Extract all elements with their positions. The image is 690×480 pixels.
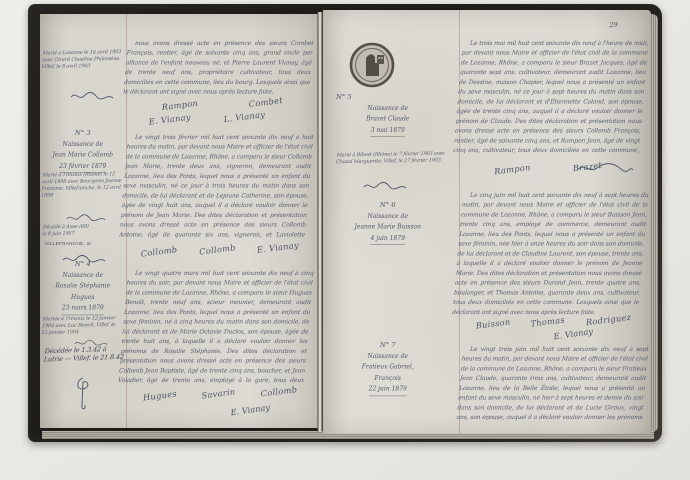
act-number: N° 3: [43, 128, 123, 139]
folio-page-number: 29: [609, 21, 618, 29]
act2-closing-text: nous avons dressé acte en présence des s…: [123, 38, 314, 97]
signature: Collomb: [260, 385, 298, 399]
act-number: N° 7: [333, 340, 443, 351]
child-name: François: [375, 374, 401, 381]
signature: Collomb: [199, 243, 237, 257]
margin-heading-act3: N° 3 Naissance de Jean Marie Collomb 23 …: [43, 128, 123, 173]
signature-flourish: [363, 180, 407, 192]
signature-flourish: [70, 90, 114, 102]
signature: Rampon: [161, 98, 198, 112]
birth-label: Naissance de: [367, 352, 408, 359]
signature: E. Vianay: [230, 402, 271, 417]
death-note-line: le 8 juin 1957: [42, 230, 75, 237]
signature-flourish: [575, 160, 635, 176]
act7-text: Le vingt trois juin mil huit cent soixan…: [456, 344, 649, 422]
act5-text: Le trois mai mil huit cent soixante dix …: [453, 38, 649, 155]
act-number: N° 6: [333, 200, 443, 211]
child-name: Rosalie Stéphanie: [55, 282, 110, 289]
signature: Hugues: [142, 389, 177, 403]
right-page: 29 N° 5 Naissance de Brazet Claude 3 mai…: [323, 10, 651, 434]
act-date: 23 mars 1879: [62, 303, 104, 315]
signature-row: Collomb Collomb E. Vianay: [130, 242, 310, 258]
signature: Rampon: [494, 162, 531, 176]
signature: Thomas: [530, 315, 565, 329]
child-name: Fratieux Gabriel,: [362, 363, 414, 370]
margin-note-marriage-1903: Marié à Bibost (Rhône) le 7 février 1903…: [336, 150, 450, 165]
margin-heading-act5: N° 5 Naissance de Brazet Claude 3 mai 18…: [333, 92, 443, 137]
signature: E. Vianay: [148, 112, 191, 127]
act4-text: Le vingt quatre mars mil huit cent soixa…: [118, 268, 314, 385]
signature: Rodriguez: [585, 312, 631, 327]
margin-note-marriage-1904: Mariée à Trévoux le 12 janvier 1904 avec…: [41, 315, 122, 337]
child-name: Jean Marie Collomb: [53, 151, 113, 158]
margin-note-death-1942: Décédée le 1.3.42 à Lutrie — Villef. le …: [43, 345, 128, 364]
signature-row: E. Vianay L. Vianay: [132, 111, 282, 126]
left-page: Marié à Lozanne le 16 avril 1903 avec Gi…: [40, 14, 318, 428]
margin-note-marriage-1903: Marié à Lozanne le 16 avril 1903 avec Gi…: [41, 49, 122, 71]
birth-label: Naissance de: [62, 271, 103, 278]
round-revenue-stamp-icon: [349, 42, 395, 88]
page-edges-right: [650, 14, 658, 432]
margin-heading-act7: N° 7 Naissance de Fratieux Gabriel, Fran…: [333, 340, 443, 396]
act6-text: Le cinq juin mil huit cent soixante dix …: [452, 190, 649, 317]
birth-label: Naissance de: [367, 212, 408, 219]
register-book: Marié à Lozanne le 16 avril 1903 avec Gi…: [28, 4, 662, 442]
child-name: Jeanne Marie Buisson: [354, 223, 421, 230]
signature: L. Vianay: [223, 110, 266, 125]
death-note-line: Décédé à Anse (69): [42, 223, 89, 230]
act-date: 3 mai 1879: [371, 125, 405, 137]
act-number: N° 5: [333, 92, 443, 103]
margin-heading-act6: N° 6 Naissance de Jeanne Marie Buisson 4…: [333, 200, 443, 245]
child-name: Hugues: [71, 293, 94, 300]
margin-heading-act4: N° 4 Naissance de Rosalie Stéphanie Hugu…: [43, 259, 123, 315]
signature: Savarin: [201, 387, 236, 401]
signature: E. Vianay: [257, 240, 300, 255]
act-date: 4 juin 1879: [371, 233, 405, 245]
signature: E. Vianay: [553, 326, 594, 341]
margin-note-marriage-1898: Marié à Trévoux (Rhône) le 12 avril 1898…: [41, 171, 123, 199]
signature: Buisson: [475, 317, 511, 331]
margin-note-death-1957: Décédé à Anse (69) le 8 juin 1957: [42, 223, 123, 238]
signature: Collomb: [140, 245, 178, 259]
birth-label: Naissance de: [367, 104, 408, 111]
signature: Combet: [248, 95, 283, 109]
birth-label: Naissance de: [62, 140, 103, 147]
act3-text: Le vingt trois février mil huit cent soi…: [119, 132, 314, 239]
villefranche-stamp-text: VILLEFRANCHE, le: [45, 242, 91, 247]
signature-row: Hugues Savarin Collomb: [130, 386, 310, 402]
act-number: N° 4: [43, 259, 123, 270]
signature-row: Rampon Combet: [136, 96, 309, 112]
act-date: 22 juin 1879: [369, 384, 407, 396]
signature-paraph: [70, 376, 96, 412]
child-name: Brazet Claude: [366, 115, 409, 122]
